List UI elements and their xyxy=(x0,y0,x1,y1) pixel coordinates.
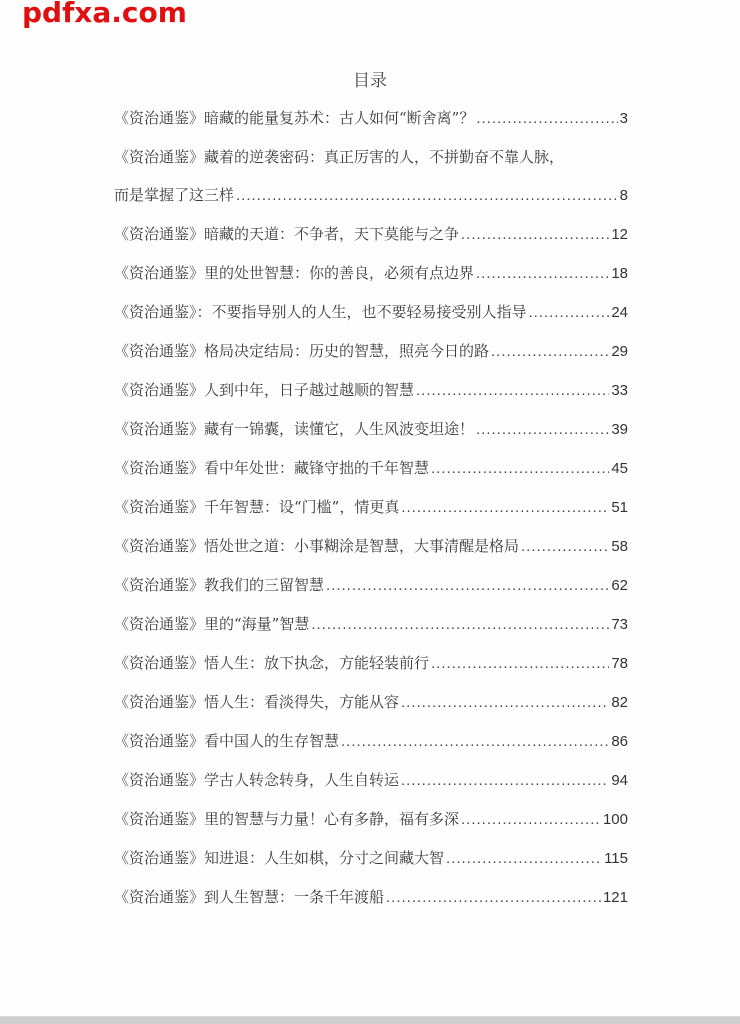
toc-entry[interactable]: 《资治通鉴》悟人生：看淡得失，方能从容82 xyxy=(114,688,628,727)
dot-leader xyxy=(529,299,610,327)
page-number: 115 xyxy=(604,845,628,873)
dot-leader xyxy=(401,767,609,795)
dot-leader xyxy=(461,806,601,834)
watermark-logo: pdfxa.com xyxy=(22,0,187,29)
toc-entry[interactable]: 《资治通鉴》看中国人的生存智慧86 xyxy=(114,727,628,766)
page-number: 100 xyxy=(603,806,628,834)
page-number: 86 xyxy=(611,728,628,756)
toc-entry[interactable]: 《资治通鉴》里的智慧与力量！心有多静，福有多深100 xyxy=(114,805,628,844)
dot-leader xyxy=(236,182,618,210)
page-number: 94 xyxy=(611,767,628,795)
toc-entry[interactable]: 《资治通鉴》看中年处世：藏锋守拙的千年智慧45 xyxy=(114,454,628,493)
toc-entry[interactable]: 《资治通鉴》悟人生：放下执念，方能轻装前行78 xyxy=(114,649,628,688)
page-number: 18 xyxy=(611,260,628,288)
dot-leader xyxy=(431,455,609,483)
toc-entry[interactable]: 《资治通鉴》千年智慧：设“门槛”，情更真51 xyxy=(114,493,628,532)
page-number: 24 xyxy=(611,299,628,327)
toc-entry[interactable]: 《资治通鉴》：不要指导别人的人生，也不要轻易接受别人指导24 xyxy=(114,298,628,337)
dot-leader xyxy=(416,377,609,405)
dot-leader xyxy=(476,105,617,133)
page-number: 12 xyxy=(611,221,628,249)
page-number: 45 xyxy=(611,455,628,483)
page-number: 82 xyxy=(611,689,628,717)
dot-leader xyxy=(401,689,609,717)
toc-entry[interactable]: 《资治通鉴》里的处世智慧：你的善良，必须有点边界18 xyxy=(114,259,628,298)
table-of-contents: 《资治通鉴》暗藏的能量复苏术：古人如何“断舍离”？3 《资治通鉴》藏着的逆袭密码… xyxy=(114,104,628,922)
toc-entry[interactable]: 《资治通鉴》悟处世之道：小事糊涂是智慧，大事清醒是格局58 xyxy=(114,532,628,571)
dot-leader xyxy=(476,260,609,288)
toc-entry[interactable]: 《资治通鉴》里的“海量”智慧73 xyxy=(114,610,628,649)
toc-title: 目录 xyxy=(0,66,740,91)
toc-entry[interactable]: 《资治通鉴》学古人转念转身，人生自转运94 xyxy=(114,766,628,805)
toc-entry[interactable]: 《资治通鉴》到人生智慧：一条千年渡船121 xyxy=(114,883,628,922)
page-number: 51 xyxy=(611,494,628,522)
page-number: 78 xyxy=(611,650,628,678)
dot-leader xyxy=(491,338,609,366)
page-number: 33 xyxy=(611,377,628,405)
toc-entry[interactable]: 《资治通鉴》教我们的三留智慧62 xyxy=(114,571,628,610)
toc-entry[interactable]: 《资治通鉴》暗藏的天道：不争者，天下莫能与之争12 xyxy=(114,220,628,259)
page-number: 73 xyxy=(611,611,628,639)
dot-leader xyxy=(326,572,609,600)
toc-entry[interactable]: 《资治通鉴》知进退：人生如棋，分寸之间藏大智115 xyxy=(114,844,628,883)
dot-leader xyxy=(476,416,609,444)
page-number: 29 xyxy=(611,338,628,366)
page-number: 39 xyxy=(611,416,628,444)
toc-entry[interactable]: 《资治通鉴》藏有一锦囊，读懂它，人生风波变坦途！39 xyxy=(114,415,628,454)
dot-leader xyxy=(401,494,609,522)
toc-entry-continuation[interactable]: 而是掌握了这三样8 xyxy=(114,181,628,220)
dot-leader xyxy=(431,650,609,678)
page-number: 121 xyxy=(603,884,628,912)
page-number: 8 xyxy=(620,182,628,210)
toc-entry[interactable]: 《资治通鉴》暗藏的能量复苏术：古人如何“断舍离”？3 xyxy=(114,104,628,143)
toc-entry[interactable]: 《资治通鉴》人到中年，日子越过越顺的智慧33 xyxy=(114,376,628,415)
page-number: 62 xyxy=(611,572,628,600)
dot-leader xyxy=(386,884,601,912)
dot-leader xyxy=(446,845,602,873)
dot-leader xyxy=(311,611,609,639)
dot-leader xyxy=(521,533,609,561)
dot-leader xyxy=(461,221,609,249)
page-bottom-divider xyxy=(0,1016,740,1024)
toc-entry[interactable]: 《资治通鉴》格局决定结局：历史的智慧，照亮今日的路29 xyxy=(114,337,628,376)
toc-entry[interactable]: 《资治通鉴》藏着的逆袭密码：真正厉害的人，不拼勤奋不靠人脉， xyxy=(114,143,628,181)
dot-leader xyxy=(341,728,609,756)
page-number: 3 xyxy=(620,105,628,133)
page-number: 58 xyxy=(611,533,628,561)
